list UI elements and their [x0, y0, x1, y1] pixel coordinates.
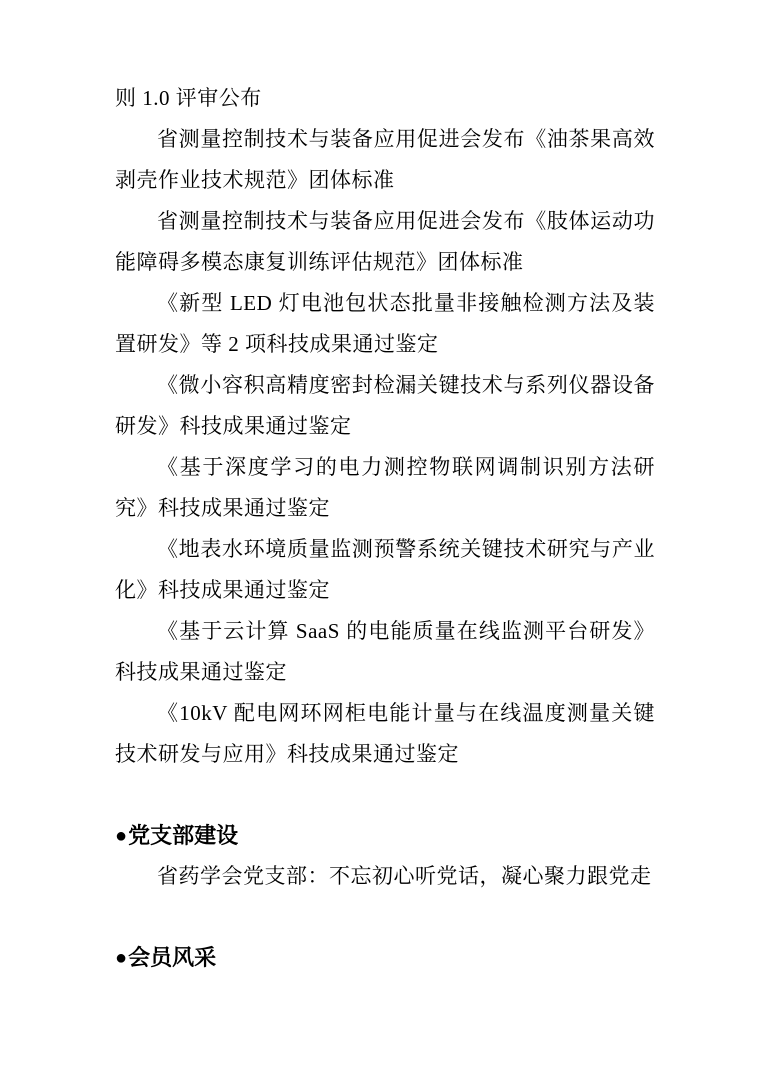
section-heading: ● 党支部建设 — [115, 815, 655, 856]
bullet-icon: ● — [115, 948, 127, 968]
section-item: 省药学会党支部：不忘初心听党话，凝心聚力跟党走 — [115, 856, 655, 897]
section-title: 会员风采 — [128, 937, 216, 978]
toc-item: 省测量控制技术与装备应用促进会发布《肢体运动功能障碍多模态康复训练评估规范》团体… — [115, 201, 655, 283]
section-member-profile: ● 会员风采 — [115, 937, 655, 978]
toc-list: 则 1.0 评审公布 省测量控制技术与装备应用促进会发布《油茶果高效剥壳作业技术… — [115, 78, 655, 775]
toc-item: 《微小容积高精度密封检漏关键技术与系列仪器设备研发》科技成果通过鉴定 — [115, 365, 655, 447]
toc-item: 《地表水环境质量监测预警系统关键技术研究与产业化》科技成果通过鉴定 — [115, 529, 655, 611]
document-page: 则 1.0 评审公布 省测量控制技术与装备应用促进会发布《油茶果高效剥壳作业技术… — [0, 0, 770, 1089]
toc-item: 则 1.0 评审公布 — [115, 78, 655, 119]
toc-item: 《基于云计算 SaaS 的电能质量在线监测平台研发》科技成果通过鉴定 — [115, 611, 655, 693]
section-party-branch: ● 党支部建设 省药学会党支部：不忘初心听党话，凝心聚力跟党走 — [115, 815, 655, 897]
bullet-icon: ● — [115, 826, 127, 846]
toc-item: 《新型 LED 灯电池包状态批量非接触检测方法及装置研发》等 2 项科技成果通过… — [115, 283, 655, 365]
toc-item: 省测量控制技术与装备应用促进会发布《油茶果高效剥壳作业技术规范》团体标准 — [115, 119, 655, 201]
toc-item: 《10kV 配电网环网柜电能计量与在线温度测量关键技术研发与应用》科技成果通过鉴… — [115, 693, 655, 775]
toc-item: 《基于深度学习的电力测控物联网调制识别方法研究》科技成果通过鉴定 — [115, 447, 655, 529]
section-heading: ● 会员风采 — [115, 937, 655, 978]
section-title: 党支部建设 — [128, 815, 238, 856]
